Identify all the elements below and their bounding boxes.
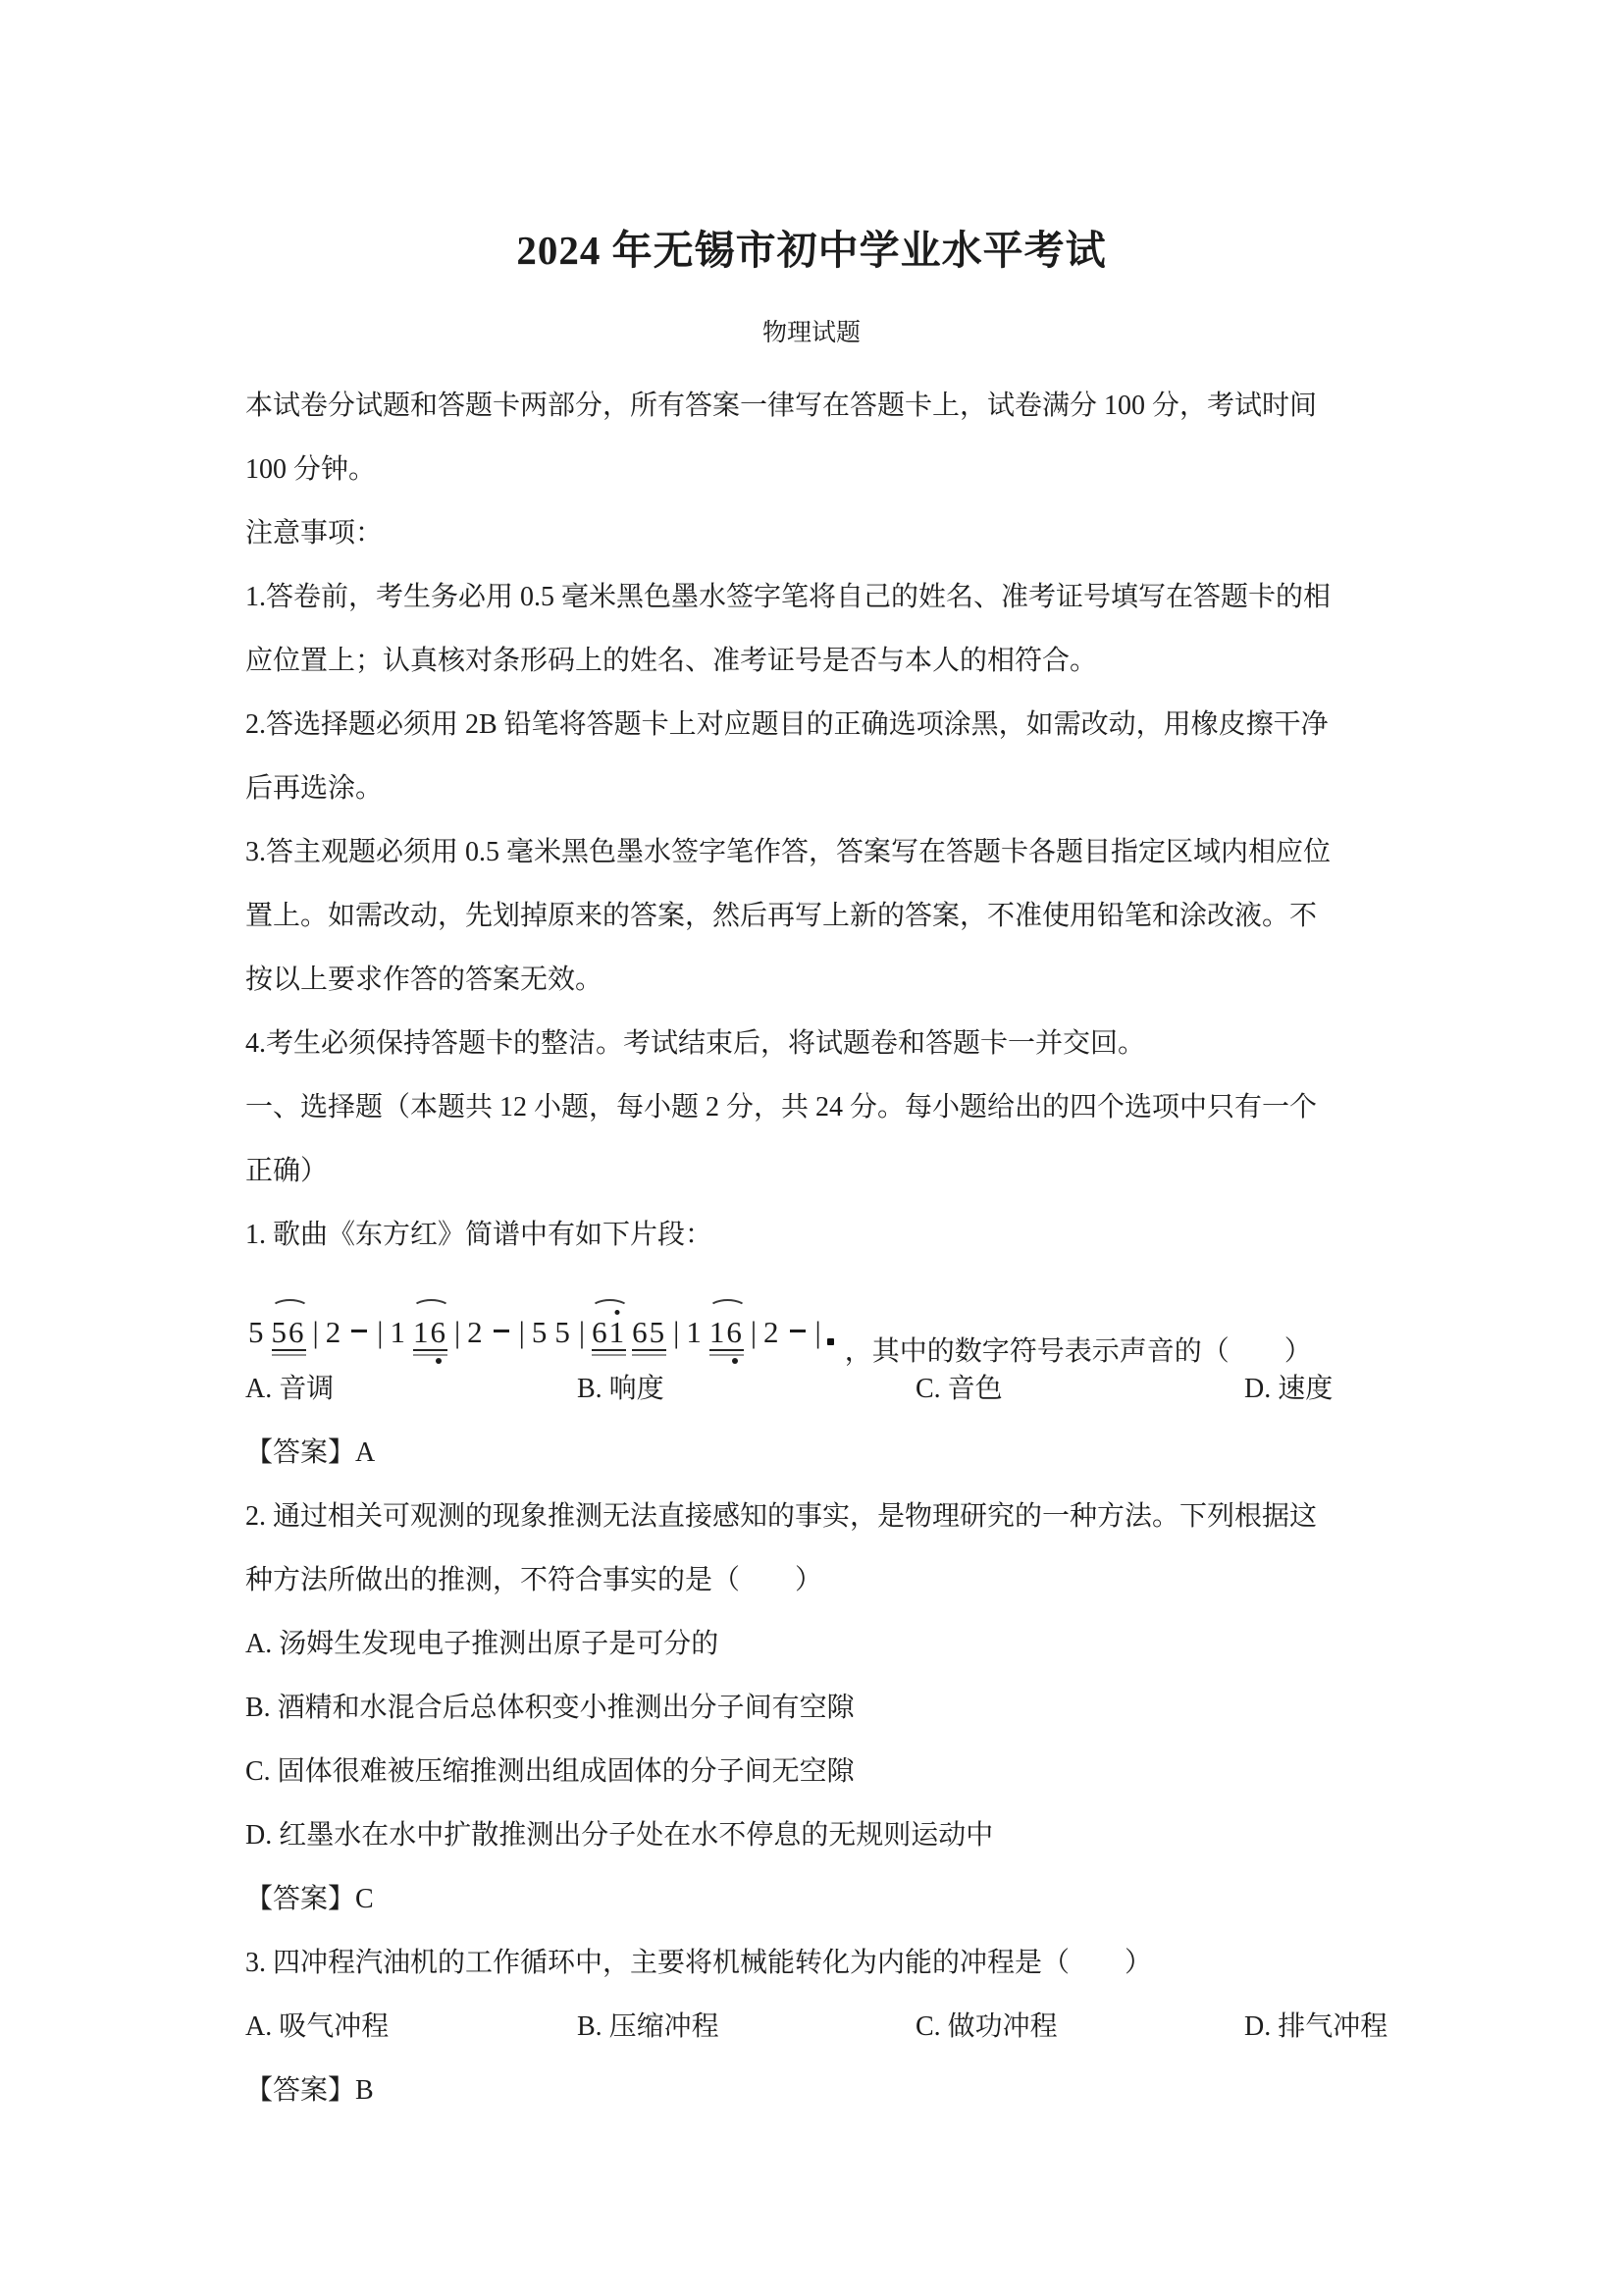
question2-stem-line: 2. 通过相关可观测的现象推测无法直接感知的事实，是物理研究的一种方法。下列根据… <box>245 1485 1378 1548</box>
option-c: C. 做功冲程 <box>916 1995 1244 2059</box>
notice-line: 置上。如需改动，先划掉原来的答案，然后再写上新的答案，不准使用铅笔和涂改液。不 <box>245 884 1378 948</box>
notice-line: 按以上要求作答的答案无效。 <box>245 948 1378 1012</box>
section-heading-line: 正确） <box>245 1139 1378 1203</box>
question2-stem-line: 种方法所做出的推测，不符合事实的是（ ） <box>245 1548 1378 1612</box>
option-b: B. 酒精和水混合后总体积变小推测出分子间有空隙 <box>245 1676 1378 1740</box>
document-body: 本试卷分试题和答题卡两部分，所有答案一律写在答题卡上，试卷满分 100 分，考试… <box>245 374 1378 2122</box>
option-b: B. 压缩冲程 <box>577 1995 916 2059</box>
option-a: A. 汤姆生发现电子推测出原子是可分的 <box>245 1612 1378 1676</box>
notice-line: 应位置上；认真核对条形码上的姓名、准考证号是否与本人的相符合。 <box>245 629 1378 693</box>
question1-notation-suffix: ，其中的数字符号表示声音的（ ） <box>845 1330 1312 1369</box>
option-a: A. 吸气冲程 <box>245 1995 577 2059</box>
option-c: C. 固体很难被压缩推测出组成固体的分子间无空隙 <box>245 1740 1378 1803</box>
notice-line: 3.答主观题必须用 0.5 毫米黑色墨水签字笔作答，答案写在答题卡各题目指定区域… <box>245 820 1378 884</box>
question1-stem: 1. 歌曲《东方红》简谱中有如下片段： <box>245 1203 1378 1267</box>
intro-line: 本试卷分试题和答题卡两部分，所有答案一律写在答题卡上，试卷满分 100 分，考试… <box>245 374 1378 438</box>
notice-line: 1.答卷前，考生务必用 0.5 毫米黑色墨水签字笔将自己的姓名、准考证号填写在答… <box>245 565 1378 629</box>
notice-heading: 注意事项： <box>245 501 1378 565</box>
page-title: 2024 年无锡市初中学业水平考试 <box>245 218 1378 276</box>
notice-line: 4.考生必须保持答题卡的整洁。考试结束后，将试题卷和答题卡一并交回。 <box>245 1012 1378 1075</box>
section-heading-line: 一、选择题（本题共 12 小题，每小题 2 分，共 24 分。每小题给出的四个选… <box>245 1075 1378 1139</box>
page-content: 2024 年无锡市初中学业水平考试 物理试题 本试卷分试题和答题卡两部分，所有答… <box>0 0 1623 2122</box>
option-a: A. 音调 <box>245 1357 577 1421</box>
notice-line: 后再选涂。 <box>245 757 1378 820</box>
question1-answer: 【答案】A <box>245 1421 1378 1485</box>
exam-paper-page: 2024 年无锡市初中学业水平考试 物理试题 本试卷分试题和答题卡两部分，所有答… <box>0 0 1623 2296</box>
question3-answer: 【答案】B <box>245 2059 1378 2122</box>
option-d: D. 红墨水在水中扩散推测出分子处在水不停息的无规则运动中 <box>245 1803 1378 1867</box>
page-subtitle: 物理试题 <box>245 313 1378 348</box>
notice-line: 2.答选择题必须用 2B 铅笔将答题卡上对应题目的正确选项涂黑，如需改动，用橡皮… <box>245 693 1378 757</box>
intro-line: 100 分钟。 <box>245 438 1378 501</box>
option-d: D. 排气冲程 <box>1244 1995 1387 2059</box>
question3-options: A. 吸气冲程 B. 压缩冲程 C. 做功冲程 D. 排气冲程 <box>245 1995 1378 2059</box>
jianpu-notation: 556|2|116|2|55|6165|116|2| <box>245 1317 837 1356</box>
question2-answer: 【答案】C <box>245 1867 1378 1931</box>
question3-stem: 3. 四冲程汽油机的工作循环中，主要将机械能转化为内能的冲程是（ ） <box>245 1931 1378 1995</box>
question1-notation-row: 556|2|116|2|55|6165|116|2| ，其中的数字符号表示声音的… <box>245 1267 1378 1357</box>
